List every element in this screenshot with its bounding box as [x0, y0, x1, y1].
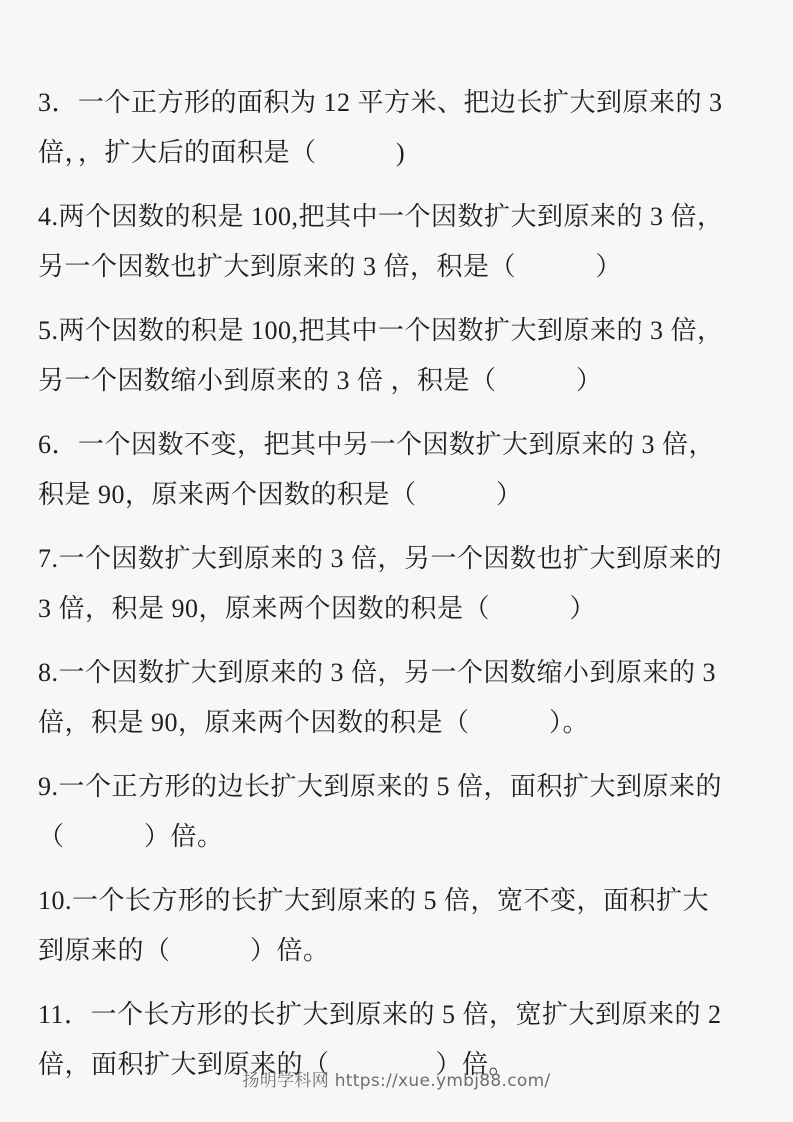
- question-item-3: 3．一个正方形的面积为 12 平方米、把边长扩大到原来的 3 倍，，扩大后的面积…: [38, 78, 755, 178]
- question-line: 另一个因数也扩大到原来的 3 倍，积是（ ）: [38, 242, 755, 292]
- question-line: 到原来的（ ）倍。: [38, 926, 755, 976]
- question-line: 6．一个因数不变，把其中另一个因数扩大到原来的 3 倍，: [38, 420, 755, 470]
- question-line: 5.两个因数的积是 100,把其中一个因数扩大到原来的 3 倍，: [38, 306, 755, 356]
- question-item-9: 9.一个正方形的边长扩大到原来的 5 倍，面积扩大到原来的 （ ）倍。: [38, 762, 755, 862]
- question-line: 9.一个正方形的边长扩大到原来的 5 倍，面积扩大到原来的: [38, 762, 755, 812]
- question-item-4: 4.两个因数的积是 100,把其中一个因数扩大到原来的 3 倍， 另一个因数也扩…: [38, 192, 755, 292]
- question-line: 10.一个长方形的长扩大到原来的 5 倍，宽不变，面积扩大: [38, 876, 755, 926]
- question-line: 3 倍，积是 90，原来两个因数的积是（ ）: [38, 584, 755, 634]
- question-line: 积是 90，原来两个因数的积是（ ）: [38, 470, 755, 520]
- question-item-10: 10.一个长方形的长扩大到原来的 5 倍，宽不变，面积扩大 到原来的（ ）倍。: [38, 876, 755, 976]
- question-line: （ ）倍。: [38, 812, 755, 862]
- question-item-5: 5.两个因数的积是 100,把其中一个因数扩大到原来的 3 倍， 另一个因数缩小…: [38, 306, 755, 406]
- question-line: 11．一个长方形的长扩大到原来的 5 倍，宽扩大到原来的 2: [38, 990, 755, 1040]
- question-line: 倍，积是 90，原来两个因数的积是（ ）。: [38, 698, 755, 748]
- question-item-6: 6．一个因数不变，把其中另一个因数扩大到原来的 3 倍， 积是 90，原来两个因…: [38, 420, 755, 520]
- worksheet-page: 3．一个正方形的面积为 12 平方米、把边长扩大到原来的 3 倍，，扩大后的面积…: [0, 0, 793, 1122]
- question-line: 8.一个因数扩大到原来的 3 倍，另一个因数缩小到原来的 3: [38, 648, 755, 698]
- footer-watermark: 扬明学科网 https://xue.ymbj88.com/: [0, 1066, 793, 1091]
- question-line: 倍，，扩大后的面积是（ ): [38, 128, 755, 178]
- question-line: 3．一个正方形的面积为 12 平方米、把边长扩大到原来的 3: [38, 78, 755, 128]
- question-item-7: 7.一个因数扩大到原来的 3 倍，另一个因数也扩大到原来的 3 倍，积是 90，…: [38, 534, 755, 634]
- question-item-8: 8.一个因数扩大到原来的 3 倍，另一个因数缩小到原来的 3 倍，积是 90，原…: [38, 648, 755, 748]
- question-line: 另一个因数缩小到原来的 3 倍 ，积是（ ）: [38, 356, 755, 406]
- question-line: 7.一个因数扩大到原来的 3 倍，另一个因数也扩大到原来的: [38, 534, 755, 584]
- question-line: 4.两个因数的积是 100,把其中一个因数扩大到原来的 3 倍，: [38, 192, 755, 242]
